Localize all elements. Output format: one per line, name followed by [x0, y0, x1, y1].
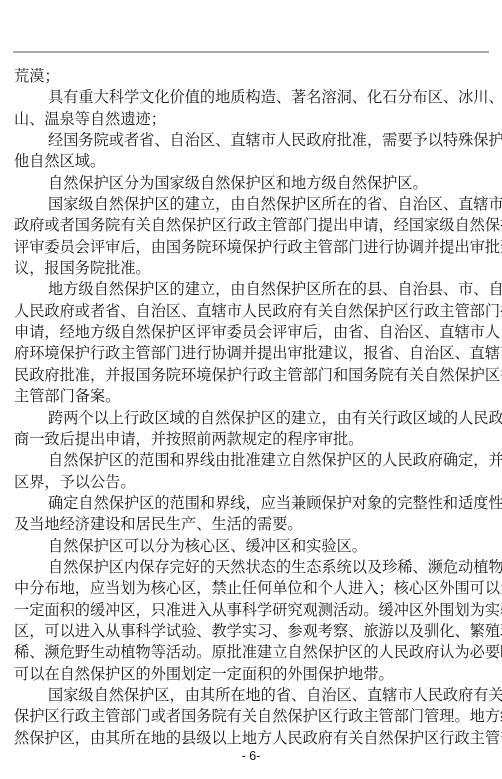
- text-line: 及当地经济建设和居民生产、生活的需要。: [14, 514, 489, 535]
- text-line: 然保护区，由其所在地的县级以上地方人民政府有关自然保护区行政主管部门: [14, 728, 489, 749]
- text-line: 自然保护区可以分为核心区、缓冲区和实验区。: [14, 536, 489, 557]
- text-line: 自然保护区的范围和界线由批准建立自然保护区的人民政府确定，并标明: [14, 450, 489, 471]
- text-line: 自然保护区分为国家级自然保护区和地方级自然保护区。: [14, 173, 489, 194]
- text-line: 议，报国务院批准。: [14, 258, 489, 279]
- text-line: 民政府批准，并报国务院环境保护行政主管部门和国务院有关自然保护区行政: [14, 365, 489, 386]
- text-line: 评审委员会评审后，由国务院环境保护行政主管部门进行协调并提出审批建: [14, 237, 489, 258]
- text-line: 保护区行政主管部门或者国务院有关自然保护区行政主管部门管理。地方级自: [14, 706, 489, 727]
- text-line: 区，可以进入从事科学试验、教学实习、参观考察、旅游以及驯化、繁殖珍: [14, 621, 489, 642]
- text-line: 具有重大科学文化价值的地质构造、著名溶洞、化石分布区、冰川、火: [14, 87, 489, 108]
- page-number: - 6-: [0, 749, 502, 763]
- text-line: 确定自然保护区的范围和界线，应当兼顾保护对象的完整性和适度性，以: [14, 493, 489, 514]
- body-text: 荒漠；具有重大科学文化价值的地质构造、著名溶洞、化石分布区、冰川、火山、温泉等自…: [14, 66, 489, 749]
- text-line: 商一致后提出申请，并按照前两款规定的程序审批。: [14, 429, 489, 450]
- text-line: 区界，予以公告。: [14, 472, 489, 493]
- text-line: 山、温泉等自然遗迹；: [14, 109, 489, 130]
- text-line: 经国务院或者省、自治区、直辖市人民政府批准，需要予以特殊保护的其: [14, 130, 489, 151]
- text-line: 主管部门备案。: [14, 386, 489, 407]
- document-page: 荒漠；具有重大科学文化价值的地质构造、著名溶洞、化石分布区、冰川、火山、温泉等自…: [0, 0, 502, 779]
- text-line: 国家级自然保护区，由其所在地的省、自治区、直辖市人民政府有关自然: [14, 685, 489, 706]
- text-line: 申请，经地方级自然保护区评审委员会评审后，由省、自治区、直辖市人民政: [14, 322, 489, 343]
- text-line: 自然保护区内保存完好的天然状态的生态系统以及珍稀、濒危动植物的集: [14, 557, 489, 578]
- text-line: 可以在自然保护区的外围划定一定面积的外围保护地带。: [14, 664, 489, 685]
- text-line: 一定面积的缓冲区，只准进入从事科学研究观测活动。缓冲区外围划为实验: [14, 600, 489, 621]
- text-line: 中分布地，应当划为核心区，禁止任何单位和个人进入；核心区外围可以划定: [14, 578, 489, 599]
- text-line: 地方级自然保护区的建立，由自然保护区所在的县、自治县、市、自治州: [14, 279, 489, 300]
- text-line: 政府或者国务院有关自然保护区行政主管部门提出申请，经国家级自然保护区: [14, 215, 489, 236]
- text-line: 跨两个以上行政区域的自然保护区的建立，由有关行政区域的人民政府协: [14, 408, 489, 429]
- text-line: 国家级自然保护区的建立，由自然保护区所在的省、自治区、直辖市人民: [14, 194, 489, 215]
- text-line: 稀、濒危野生动植物等活动。原批准建立自然保护区的人民政府认为必要时，: [14, 642, 489, 663]
- text-line: 他自然区域。: [14, 151, 489, 172]
- text-line: 人民政府或者省、自治区、直辖市人民政府有关自然保护区行政主管部门提出: [14, 301, 489, 322]
- text-line: 荒漠；: [14, 66, 489, 87]
- text-line: 府环境保护行政主管部门进行协调并提出审批建议，报省、自治区、直辖市人: [14, 343, 489, 364]
- header-rule: [13, 51, 489, 53]
